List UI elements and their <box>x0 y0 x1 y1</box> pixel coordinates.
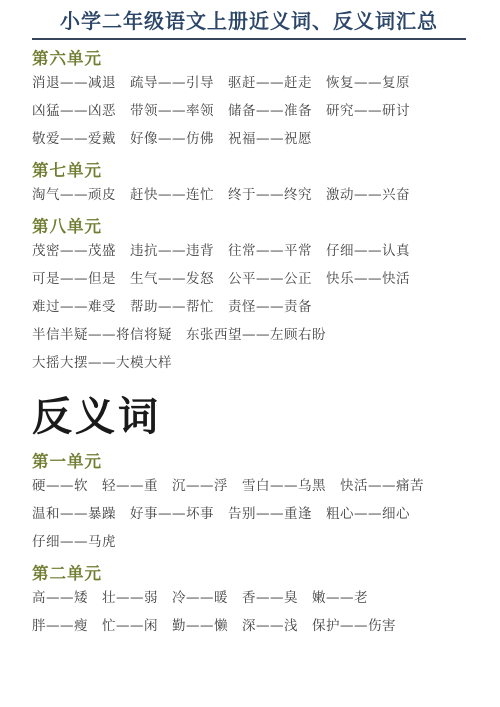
unit-heading: 第八单元 <box>32 216 466 238</box>
unit-section: 第七单元淘气——顽皮赶快——连忙终于——终究激动——兴奋 <box>32 160 466 203</box>
antonyms-section-list: 第一单元硬——软轻——重沉——浮雪白——乌黑快活——痛苦温和——暴躁好事——坏事… <box>32 451 466 634</box>
word-pair: 壮——弱 <box>102 591 158 606</box>
word-pair: 胖——瘦 <box>32 619 88 634</box>
word-pair-line: 半信半疑——将信将疑东张西望——左顾右盼 <box>32 328 466 343</box>
word-pair-line: 消退——减退疏导——引导驱赶——赶走恢复——复原 <box>32 76 466 91</box>
document-title: 小学二年级语文上册近义词、反义词汇总 <box>32 8 466 40</box>
word-pair: 恢复——复原 <box>326 76 410 91</box>
word-pair: 茂密——茂盛 <box>32 244 116 259</box>
word-pair: 往常——平常 <box>228 244 312 259</box>
word-pair: 冷——暖 <box>172 591 228 606</box>
word-pair: 硬——软 <box>32 479 88 494</box>
word-pair-line: 淘气——顽皮赶快——连忙终于——终究激动——兴奋 <box>32 188 466 203</box>
word-pair: 赶快——连忙 <box>130 188 214 203</box>
word-pair: 仔细——认真 <box>326 244 410 259</box>
word-pair: 忙——闲 <box>102 619 158 634</box>
word-pair-line: 难过——难受帮助——帮忙责怪——责备 <box>32 300 466 315</box>
word-pair: 违抗——违背 <box>130 244 214 259</box>
antonyms-heading: 反义词 <box>32 391 466 443</box>
word-pair: 疏导——引导 <box>130 76 214 91</box>
word-pair: 生气——发怒 <box>130 272 214 287</box>
unit-heading: 第七单元 <box>32 160 466 182</box>
word-pair: 雪白——乌黑 <box>242 479 326 494</box>
word-pair: 深——浅 <box>242 619 298 634</box>
word-pair: 淘气——顽皮 <box>32 188 116 203</box>
word-pair: 勤——懒 <box>172 619 228 634</box>
word-pair: 终于——终究 <box>228 188 312 203</box>
unit-section: 第六单元消退——减退疏导——引导驱赶——赶走恢复——复原凶猛——凶恶带领——率领… <box>32 48 466 147</box>
synonyms-section-list: 第六单元消退——减退疏导——引导驱赶——赶走恢复——复原凶猛——凶恶带领——率领… <box>32 48 466 371</box>
word-pair: 带领——率领 <box>130 104 214 119</box>
word-pair: 仔细——马虎 <box>32 535 116 550</box>
unit-heading: 第二单元 <box>32 563 466 585</box>
word-pair: 凶猛——凶恶 <box>32 104 116 119</box>
word-pair-line: 凶猛——凶恶带领——率领储备——准备研究——研讨 <box>32 104 466 119</box>
word-pair: 粗心——细心 <box>326 507 410 522</box>
word-pair: 好事——坏事 <box>130 507 214 522</box>
word-pair-line: 茂密——茂盛违抗——违背往常——平常仔细——认真 <box>32 244 466 259</box>
word-pair: 半信半疑——将信将疑 <box>32 328 172 343</box>
word-pair: 轻——重 <box>102 479 158 494</box>
word-pair-line: 高——矮壮——弱冷——暖香——臭嫩——老 <box>32 591 466 606</box>
word-pair: 嫩——老 <box>312 591 368 606</box>
word-pair: 驱赶——赶走 <box>228 76 312 91</box>
word-pair: 储备——准备 <box>228 104 312 119</box>
word-pair: 保护——伤害 <box>312 619 396 634</box>
word-pair: 东张西望——左顾右盼 <box>186 328 326 343</box>
unit-heading: 第一单元 <box>32 451 466 473</box>
unit-heading: 第六单元 <box>32 48 466 70</box>
word-pair-line: 胖——瘦忙——闲勤——懒深——浅保护——伤害 <box>32 619 466 634</box>
word-pair-line: 硬——软轻——重沉——浮雪白——乌黑快活——痛苦 <box>32 479 466 494</box>
word-pair: 快乐——快活 <box>326 272 410 287</box>
word-pair-line: 仔细——马虎 <box>32 535 466 550</box>
word-pair: 难过——难受 <box>32 300 116 315</box>
word-pair: 帮助——帮忙 <box>130 300 214 315</box>
word-pair: 消退——减退 <box>32 76 116 91</box>
word-pair-line: 温和——暴躁好事——坏事告别——重逢粗心——细心 <box>32 507 466 522</box>
word-pair: 敬爱——爱戴 <box>32 132 116 147</box>
word-pair: 公平——公正 <box>228 272 312 287</box>
word-pair: 大摇大摆——大模大样 <box>32 356 172 371</box>
word-pair-line: 可是——但是生气——发怒公平——公正快乐——快活 <box>32 272 466 287</box>
word-pair: 高——矮 <box>32 591 88 606</box>
unit-section: 第一单元硬——软轻——重沉——浮雪白——乌黑快活——痛苦温和——暴躁好事——坏事… <box>32 451 466 550</box>
word-pair: 好像——仿佛 <box>130 132 214 147</box>
word-pair: 香——臭 <box>242 591 298 606</box>
word-pair: 沉——浮 <box>172 479 228 494</box>
word-pair: 可是——但是 <box>32 272 116 287</box>
word-pair: 责怪——责备 <box>228 300 312 315</box>
word-pair: 研究——研讨 <box>326 104 410 119</box>
word-pair-line: 敬爱——爱戴好像——仿佛祝福——祝愿 <box>32 132 466 147</box>
unit-section: 第二单元高——矮壮——弱冷——暖香——臭嫩——老胖——瘦忙——闲勤——懒深——浅… <box>32 563 466 634</box>
word-pair: 温和——暴躁 <box>32 507 116 522</box>
document-page: 小学二年级语文上册近义词、反义词汇总 第六单元消退——减退疏导——引导驱赶——赶… <box>0 0 500 707</box>
unit-section: 第八单元茂密——茂盛违抗——违背往常——平常仔细——认真可是——但是生气——发怒… <box>32 216 466 371</box>
word-pair: 告别——重逢 <box>228 507 312 522</box>
word-pair: 祝福——祝愿 <box>228 132 312 147</box>
word-pair: 激动——兴奋 <box>326 188 410 203</box>
word-pair-line: 大摇大摆——大模大样 <box>32 356 466 371</box>
word-pair: 快活——痛苦 <box>340 479 424 494</box>
